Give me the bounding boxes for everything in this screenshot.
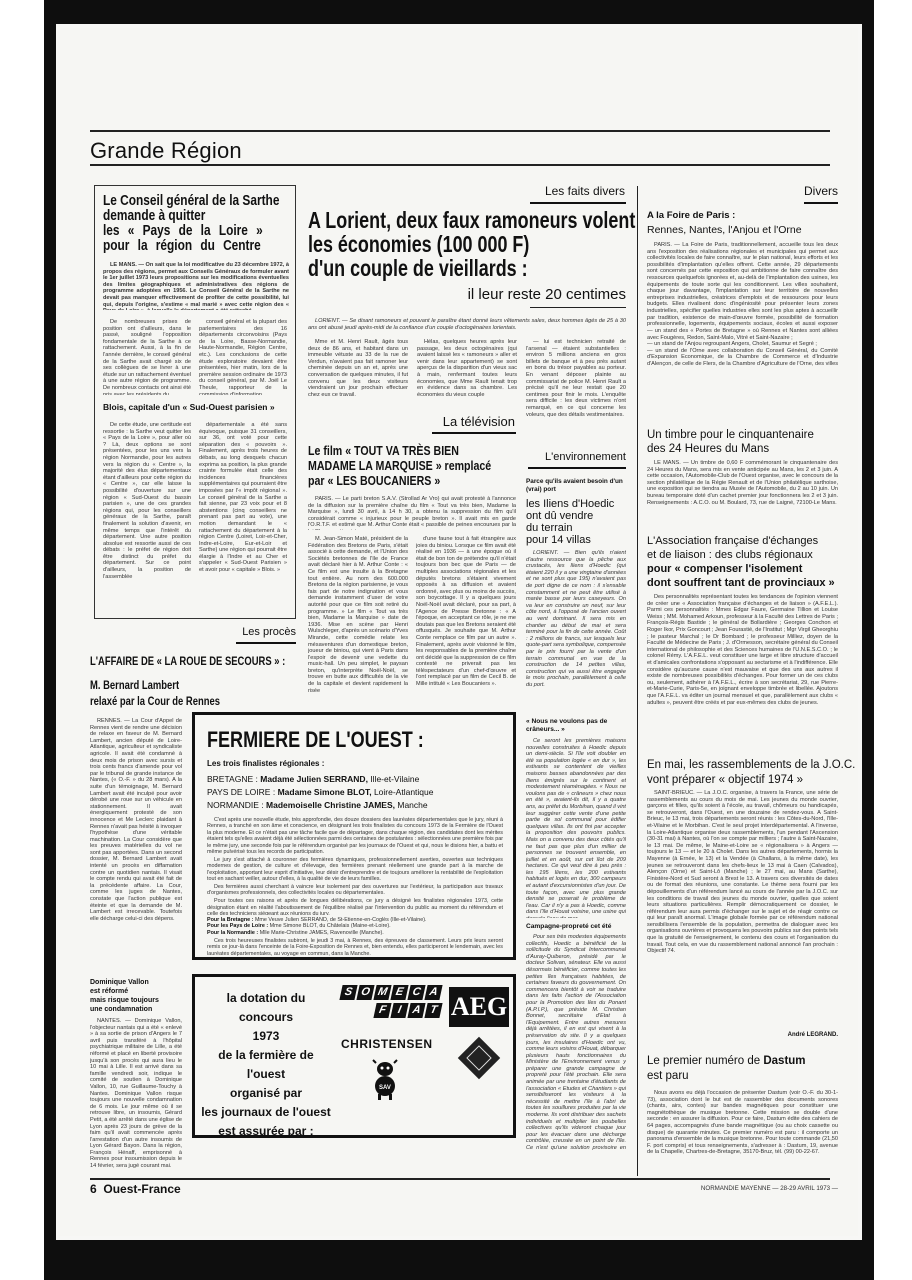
foire-stand-item: — un stand de l'Anjou regroupant Angers,… [647, 341, 838, 348]
timbre-headline-line: Un timbre pour le cinquantenaire [647, 428, 814, 442]
foire-stand-item: — un stand des « Portes de Bretagne » où… [647, 328, 838, 341]
fermiere-headline: FERMIERE DE L'OUEST : [207, 727, 424, 753]
scan-border-bottom [44, 1240, 874, 1280]
dotation-line: organisé par [199, 1084, 333, 1103]
dotation-line: 1973 [199, 1027, 333, 1046]
scan-border-top [44, 0, 874, 24]
finalist-region: BRETAGNE : [207, 774, 258, 784]
dotation-line: les journaux de l'ouest [199, 1103, 333, 1122]
newspaper-page: Grande Région Le Conseil général de la S… [60, 28, 858, 1236]
lorient-headline-line: A Lorient, deux faux ramoneurs volent [308, 208, 635, 232]
finalist-name: Madame Simone BLOT, [278, 787, 372, 797]
sarthe-lead: LE MANS. — On sait que la loi modificati… [103, 262, 289, 310]
finalist-dept: Ille-et-Vilaine [370, 774, 419, 784]
sarthe-col3: De cette étude, une certitude est ressor… [103, 422, 191, 608]
finalist-dept: Loire-Atlantique [374, 787, 434, 797]
proces-kicker-wrap: L'AFFAIRE DE « LA ROUE DE SECOURS » : [90, 656, 328, 668]
dotation-line: la dotation du concours [199, 989, 333, 1027]
rubric-environnement-underline [528, 467, 626, 469]
afel-headline: L'Association française d'échanges et de… [647, 534, 835, 590]
finalist-dept: Manche [397, 800, 427, 810]
afel-headline-line: L'Association française d'échanges [647, 534, 835, 548]
environnement-body3: Pour ses très modestes équipements colle… [526, 934, 626, 1150]
proces-headline-line: M. Bernard Lambert [90, 678, 220, 694]
vallon-headline-line: Dominique Vallon [90, 978, 182, 987]
television-lead: PARIS. — Le parti breton S.A.V. (Strolla… [308, 496, 516, 530]
joc-signature: André LEGRAND. [760, 1032, 838, 1038]
dotation-ad-box: la dotation du concours 1973 de la fermi… [192, 974, 516, 1138]
sav-cow-mascot-icon: SAV [371, 1059, 399, 1101]
fiat-logo: FIAT [375, 1003, 441, 1018]
someca-logo: SOMECA [341, 985, 441, 1000]
sarthe-headline-line: demande à quitter [103, 209, 259, 224]
vallon-headline-line: est réformé [90, 987, 182, 996]
fermiere-body: C'est après une nouvelle étude, très app… [207, 817, 503, 915]
afel-body: Des personnalités représentant toutes le… [647, 594, 838, 732]
environnement-subhead1: « Nous ne voulons pas de crâneurs... » [526, 718, 626, 734]
newspaper-name: Ouest-France [103, 1182, 180, 1196]
sarthe-col2: conseil général et la plupart des parlem… [199, 319, 287, 395]
dastum-headline: Le premier numéro de Dastum est paru [647, 1054, 806, 1084]
rubric-faits-divers-underline [530, 202, 626, 204]
dotation-line: de la fermière de l'ouest [199, 1046, 333, 1084]
scan-border-left [44, 0, 56, 1280]
sarthe-col4: départementale a été sans équivoque, pui… [199, 422, 287, 608]
afel-headline-line: dont souffrent tant de provinciaux » [647, 576, 835, 590]
rubric-television: La télévision [410, 414, 515, 429]
column-divider [637, 186, 638, 1176]
rubric-television-underline [432, 432, 516, 434]
vallon-body: NANTES. — Dominique Vallon, l'objecteur … [90, 1018, 182, 1168]
dastum-headline-bold: Dastum [763, 1055, 805, 1067]
sarthe-headline-line: Le Conseil général de la Sarthe [103, 194, 259, 209]
header-top-rule [90, 130, 830, 132]
afel-headline-line: pour « compenser l'isolement [647, 562, 835, 576]
proces-headline-line: relaxé par la Cour de Rennes [90, 694, 220, 710]
environnement-headline-line: du terrain [526, 522, 626, 534]
rubric-environnement: L'environnement [520, 451, 626, 463]
finalist-name: Mademoiselle Christine JAMES, [266, 800, 395, 810]
sarthe-headline: Le Conseil général de la Sarthe demande … [103, 194, 293, 254]
joc-body: SAINT-BRIEUC. — La J.O.C. organise, à tr… [647, 790, 838, 1026]
fermiere-finalist-list: BRETAGNE : Madame Julien SERRAND, Ille-e… [207, 773, 433, 812]
rubric-divers: Divers [780, 184, 838, 198]
edition-line: NORMANDIE MAYENNE — 28-29 AVRIL 1973 — [672, 1185, 838, 1192]
vallon-headline-line: mais risque toujours [90, 996, 182, 1005]
environnement-headline-line: pour 14 villas [526, 534, 626, 546]
rubric-proces: Les procès [200, 626, 296, 638]
television-headline: Le film « TOUT VA TRÈS BIEN MADAME LA MA… [308, 444, 524, 489]
fermiere-finalist: BRETAGNE : Madame Julien SERRAND, Ille-e… [207, 773, 433, 786]
christensen-logo: CHRISTENSEN [341, 1037, 433, 1051]
proces-kicker: L'AFFAIRE DE « LA ROUE DE SECOURS » : [90, 656, 285, 668]
television-headline-line: Le film « TOUT VA TRÈS BIEN [308, 444, 491, 459]
sarthe-headline-line: les « Pays de la Loire » [103, 224, 259, 239]
dastum-headline-prefix: Le premier numéro de [647, 1055, 760, 1067]
afel-headline-line: et de liaison : des clubs régionaux [647, 548, 835, 562]
lorient-lead: LORIENT. — Se disant ramoneurs et pouvan… [308, 318, 626, 332]
joc-headline-line: vont préparer « objectif 1974 » [647, 773, 855, 788]
fermiere-finalist: PAYS DE LOIRE : Madame Simone BLOT, Loir… [207, 786, 433, 799]
lorient-subheadline: il leur reste 20 centimes [430, 286, 626, 303]
finalist-region: PAYS DE LOIRE : [207, 787, 275, 797]
television-headline-line: MADAME LA MARQUISE » remplacé [308, 459, 491, 474]
fermiere-closing: Ces trois heureuses finalistes subiront,… [207, 938, 503, 958]
foire-subheadline: Rennes, Nantes, l'Anjou et l'Orne [647, 224, 802, 236]
rubric-proces-underline [236, 642, 296, 644]
section-title: Grande Région [90, 138, 242, 164]
sarthe-headline-line: pour la région du Centre [103, 239, 259, 254]
environnement-body1: LORIENT. — Bien qu'ils n'aient d'autre r… [526, 550, 626, 718]
footer-rule [90, 1178, 830, 1180]
foire-headline: A la Foire de Paris : [647, 210, 735, 221]
dotation-text: la dotation du concours 1973 de la fermi… [199, 989, 333, 1141]
lorient-subheadline-rule [530, 307, 626, 308]
vallon-headline: Dominique Vallon est réformé mais risque… [90, 978, 182, 1014]
joc-headline: En mai, les rassemblements de la J.O.C. … [647, 758, 855, 788]
page-number: 6 [90, 1182, 97, 1196]
fermiere-box: FERMIERE DE L'OUEST : Les trois finalist… [192, 712, 516, 960]
lorient-headline-line: d'un couple de vieillards : [308, 256, 635, 280]
foire-stands: — un stand des « Portes de Bretagne » où… [647, 328, 838, 368]
foire-body: PARIS. — La Foire de Paris, traditionnel… [647, 242, 838, 328]
timbre-headline-line: des 24 Heures du Mans [647, 442, 814, 456]
proces-body: RENNES. — La Cour d'Appel de Rennes vien… [90, 718, 182, 970]
environnement-subhead2: Campagne-propreté cet été [526, 923, 626, 930]
footer-page-id: 6 Ouest-France [90, 1182, 181, 1196]
television-col1: M. Jean-Simon Maté, président de la Fédé… [308, 536, 408, 726]
fermiere-finalist: NORMANDIE : Mademoiselle Christine JAMES… [207, 799, 433, 812]
svg-text:SAV: SAV [379, 1085, 391, 1091]
sarthe-col1: De nombreuses prises de position ont d'a… [103, 319, 191, 395]
timbre-headline: Un timbre pour le cinquantenaire des 24 … [647, 428, 814, 456]
foire-stand-item: — un stand de l'Orne avec collaboration … [647, 348, 838, 368]
sarthe-article-box: Le Conseil général de la Sarthe demande … [94, 185, 296, 619]
lorient-col3: — lui est technicien retraité de l'arsen… [526, 339, 626, 429]
lorient-col1: Mme et M. Henri Rault, âgés tous deux de… [308, 339, 408, 399]
fermiere-headline-wrap: FERMIERE DE L'OUEST : [207, 727, 471, 753]
dastum-headline-line2: est paru [647, 1069, 806, 1084]
vallon-headline-line: une condamnation [90, 1005, 182, 1014]
fermiere-detail: Pour la Bretagne : Mme Veuve Julien SERR… [207, 917, 503, 937]
dotation-line: est assurée par : [199, 1122, 333, 1141]
sarthe-subhead: Blois, capitale d'un « Sud-Ouest parisie… [103, 402, 275, 412]
scan-border-right [862, 0, 874, 1280]
lorient-col2: Hélas, quelques heures après leur passag… [417, 339, 517, 399]
header-bottom-rule [90, 164, 830, 166]
lorient-headline-line: les économies (100 000 F) [308, 232, 635, 256]
television-headline-line: par « LES BOUCANIERS » [308, 474, 491, 489]
finalist-name: Madame Julien SERRAND, [260, 774, 368, 784]
environnement-headline: les Iliens d'Hoedic ont dû vendre du ter… [526, 498, 626, 546]
finalist-region: NORMANDIE : [207, 800, 264, 810]
rubric-faits-divers: Les faits divers [515, 184, 625, 198]
environnement-kicker: Parce qu'ils avaient besoin d'un (vrai) … [526, 478, 626, 494]
environnement-headline-line: les Iliens d'Hoedic [526, 498, 626, 510]
rubric-divers-underline [804, 202, 838, 204]
joc-headline-line: En mai, les rassemblements de la J.O.C. [647, 758, 855, 773]
environnement-body2: Ce seront les premières maisons nouvelle… [526, 738, 626, 918]
aeg-logo: AEG [449, 987, 509, 1027]
television-col2: d'une faune tout à fait étrangère aux jo… [416, 536, 516, 726]
dastum-body: Nous avons eu déjà l'occasion de présent… [647, 1090, 838, 1170]
timbre-body: LE MANS. — Un timbre de 0,60 F commémora… [647, 460, 838, 510]
fermiere-finalists-label: Les trois finalistes régionales : [207, 759, 324, 768]
proces-headline: M. Bernard Lambert relaxé par la Cour de… [90, 678, 249, 710]
environnement-headline-line: ont dû vendre [526, 510, 626, 522]
